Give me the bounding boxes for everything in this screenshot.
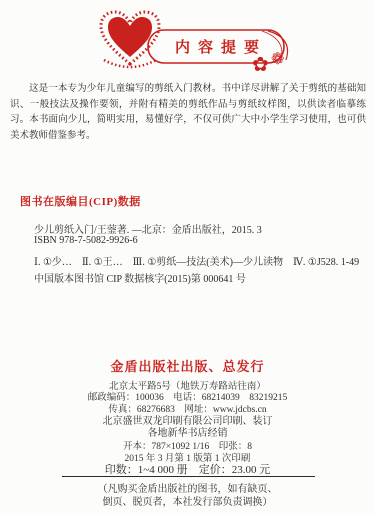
flower-icon-solid: ✿ [252, 52, 269, 76]
cip-isbn-line: ISBN 978-7-5082-9926-6 [34, 235, 138, 246]
header-decoration: 内容提要 ✿ ❁ [0, 0, 375, 80]
printrun-price-line: 印数：1~4 000 册 定价：23.00 元 [0, 461, 375, 477]
distribution-line: 各地新华书店经销 [0, 424, 375, 439]
publisher-line: 金盾出版社出版、总发行 [0, 356, 375, 375]
cip-title-line: 少儿剪纸入门/王蓥著. —北京：金盾出版社，2015. 3 [34, 221, 262, 236]
book-copyright-page: 内容提要 ✿ ❁ 这是一本专为少年儿童编写的剪纸入门教材。书中详尽讲解了关于剪纸… [0, 0, 375, 513]
exchange-notice-line-2: 倒页、脱页者，本社发行部负责调换） [0, 493, 375, 508]
flower-icon-outline: ❁ [271, 49, 284, 68]
cip-classification-line: Ⅰ. ①少… Ⅱ. ①王… Ⅲ. ①剪纸—技法(美术)—少儿读物 Ⅳ. ①J52… [34, 253, 359, 268]
cip-heading: 图书在版编目(CIP)数据 [20, 193, 141, 209]
divider-rule [62, 476, 315, 477]
summary-paragraph: 这是一本专为少年儿童编写的剪纸入门教材。书中详尽讲解了关于剪纸的基础知识、一般技… [10, 82, 366, 144]
cip-record-number-line: 中国版本图书馆 CIP 数据核字(2015)第 000641 号 [34, 270, 246, 285]
